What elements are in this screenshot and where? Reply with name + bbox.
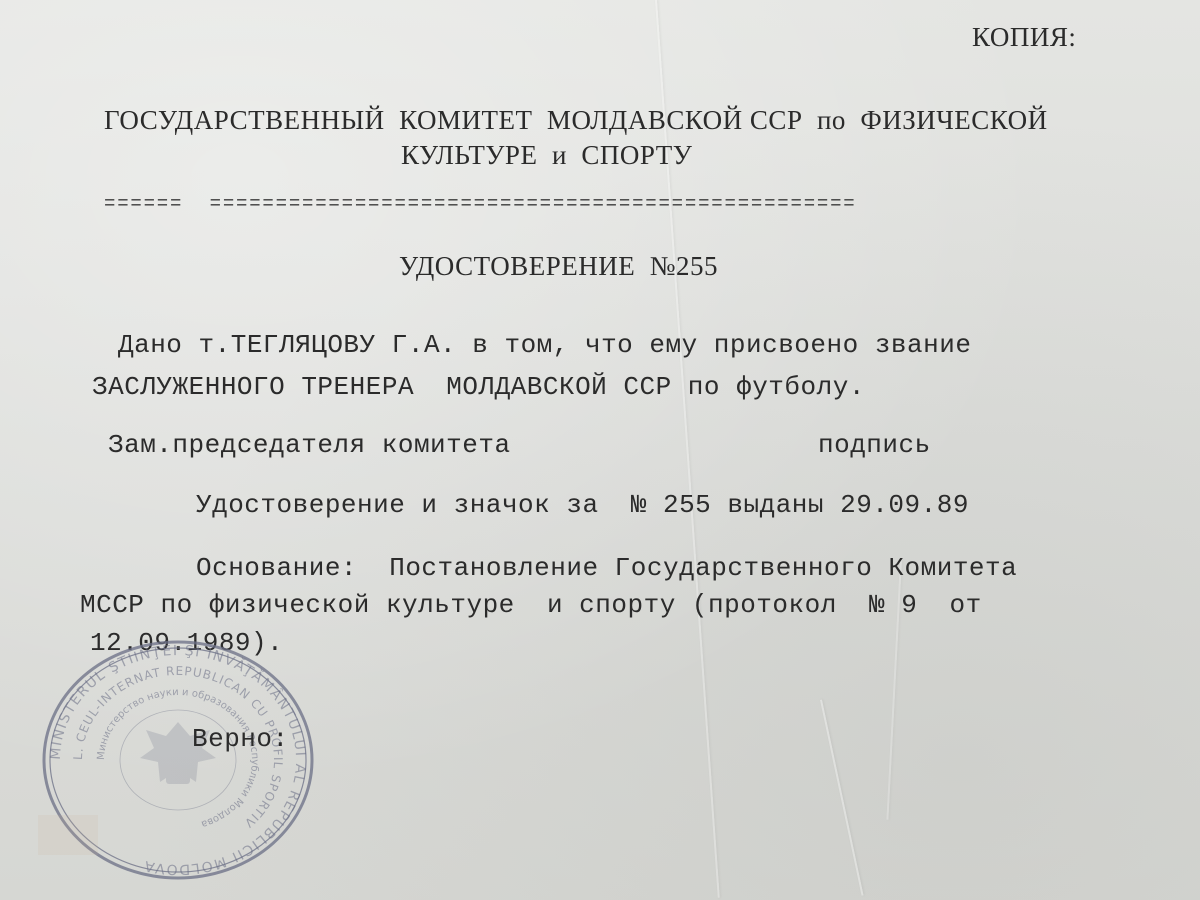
basis-line-1: Основание: Постановление Государственног… bbox=[196, 553, 1017, 583]
issued-statement: Удостоверение и значок за № 255 выданы 2… bbox=[196, 490, 969, 520]
header-line-1: ГОСУДАРСТВЕННЫЙ КОМИТЕТ МОЛДАВСКОЙ ССР п… bbox=[104, 105, 1048, 136]
header-line-2: КУЛЬТУРЕ и СПОРТУ bbox=[401, 140, 692, 171]
basis-line-3: 12.09.1989). bbox=[90, 628, 283, 658]
body-line-1: Дано т.ТЕГЛЯЦОВУ Г.А. в том, что ему при… bbox=[118, 330, 971, 360]
header-rule: ====== =================================… bbox=[104, 193, 857, 215]
signatory-role: Зам.председателя комитета bbox=[108, 430, 511, 460]
signature-label: подпись bbox=[818, 430, 931, 460]
document-title: УДОСТОВЕРЕНИЕ №255 bbox=[399, 251, 718, 282]
verified-label: Верно: bbox=[192, 724, 289, 754]
body-line-2: ЗАСЛУЖЕННОГО ТРЕНЕРА МОЛДАВСКОЙ ССР по ф… bbox=[92, 372, 865, 402]
copy-label: КОПИЯ: bbox=[972, 22, 1076, 53]
basis-line-2: МССР по физической культуре и спорту (пр… bbox=[80, 590, 982, 620]
